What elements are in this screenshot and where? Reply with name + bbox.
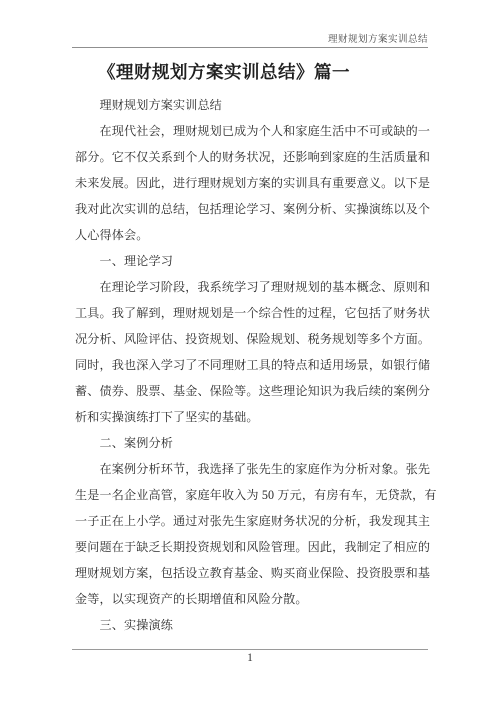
body-line: 要问题在于缺乏长期投资规划和风险管理。因此，我制定了相应的 bbox=[75, 534, 428, 560]
body-line: 同时，我也深入学习了不同理财工具的特点和适用场景，如银行储 bbox=[75, 352, 428, 378]
body-line: 蓄、债券、股票、基金、保险等。这些理论知识为我后续的案例分 bbox=[75, 378, 428, 404]
body-line: 在理论学习阶段，我系统学习了理财规划的基本概念、原则和 bbox=[75, 274, 428, 300]
body-line: 部分。它不仅关系到个人的财务状况，还影响到家庭的生活质量和 bbox=[75, 144, 428, 170]
body-line: 理财规划方案，包括设立教育基金、购买商业保险、投资股票和基 bbox=[75, 560, 428, 586]
header-rule bbox=[72, 47, 428, 48]
body-line: 工具。我了解到，理财规划是一个综合性的过程，它包括了财务状 bbox=[75, 300, 428, 326]
body-line: 金等，以实现资产的长期增值和风险分散。 bbox=[75, 586, 428, 612]
document-body: 理财规划方案实训总结 在现代社会，理财规划已成为个人和家庭生活中不可或缺的一部分… bbox=[75, 92, 428, 638]
page-header: 理财规划方案实训总结 bbox=[72, 31, 428, 45]
body-line: 未来发展。因此，进行理财规划方案的实训具有重要意义。以下是 bbox=[75, 170, 428, 196]
body-line: 一、理论学习 bbox=[75, 248, 428, 274]
body-line: 人心得体会。 bbox=[75, 222, 428, 248]
body-line: 三、实操演练 bbox=[75, 612, 428, 638]
body-line: 生是一名企业高管，家庭年收入为 50 万元，有房有车，无贷款，有 bbox=[75, 482, 428, 508]
document-page: 理财规划方案实训总结 《理财规划方案实训总结》篇一 理财规划方案实训总结 在现代… bbox=[0, 0, 500, 707]
header-title: 理财规划方案实训总结 bbox=[328, 35, 428, 45]
doc-title: 《理财规划方案实训总结》篇一 bbox=[75, 59, 440, 84]
body-line: 在现代社会，理财规划已成为个人和家庭生活中不可或缺的一 bbox=[75, 118, 428, 144]
body-line: 理财规划方案实训总结 bbox=[75, 92, 428, 118]
body-line: 况分析、风险评估、投资规划、保险规划、税务规划等多个方面。 bbox=[75, 326, 428, 352]
body-line: 我对此次实训的总结，包括理论学习、案例分析、实操演练以及个 bbox=[75, 196, 428, 222]
footer-rule bbox=[72, 649, 428, 650]
page-number: 1 bbox=[0, 652, 500, 664]
body-line: 析和实操演练打下了坚实的基础。 bbox=[75, 404, 428, 430]
body-line: 一子正在上小学。通过对张先生家庭财务状况的分析，我发现其主 bbox=[75, 508, 428, 534]
body-line: 二、案例分析 bbox=[75, 430, 428, 456]
body-line: 在案例分析环节，我选择了张先生的家庭作为分析对象。张先 bbox=[75, 456, 428, 482]
